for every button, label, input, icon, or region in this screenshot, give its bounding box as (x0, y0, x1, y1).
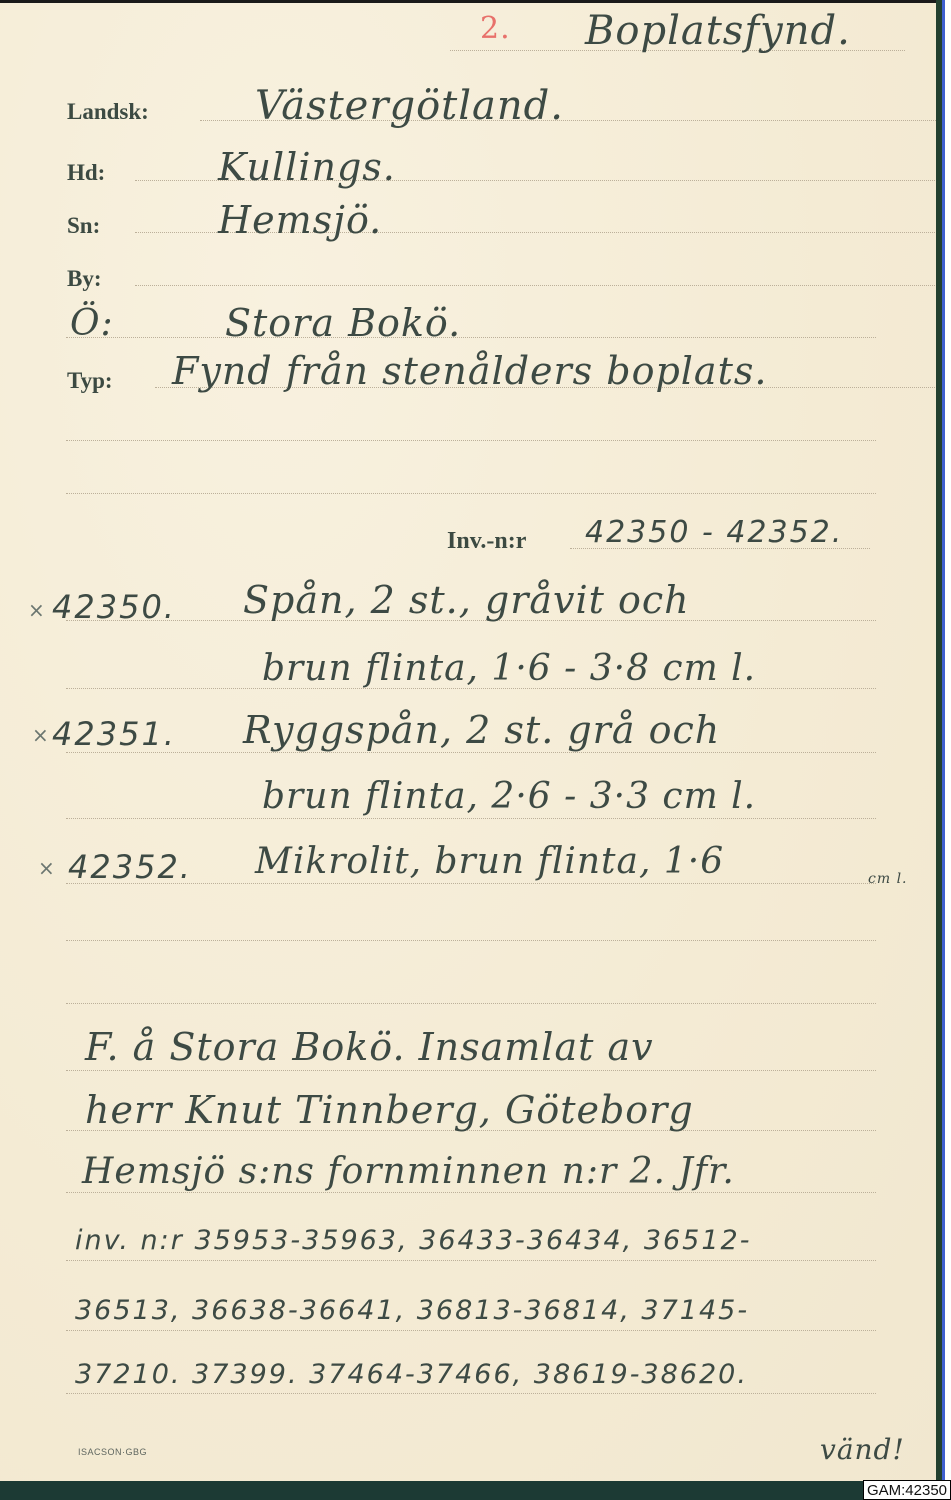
rule-line (66, 1330, 876, 1331)
note-line: F. å Stora Bokö. Insamlat av (85, 1025, 654, 1069)
item-description: Ryggspån, 2 st. grå och (243, 708, 720, 752)
field-label-by: By: (67, 266, 102, 292)
turn-over-note: vänd! (820, 1433, 905, 1466)
item-description-sub: cm l. (868, 871, 908, 887)
field-label-landskap: Landsk: (67, 99, 149, 125)
rule-line (135, 285, 945, 286)
item-number: 42352. (68, 848, 192, 886)
field-value-harad: Kullings. (218, 145, 396, 189)
rule-line (66, 337, 876, 338)
checked-mark: × (28, 598, 45, 622)
card-edge (936, 0, 945, 1481)
note-line: inv. n:r 35953-35963, 36433-36434, 36512… (75, 1225, 751, 1256)
printer-imprint: ISACSON·GBG (78, 1447, 147, 1457)
rule-line (66, 1192, 876, 1193)
note-line: 36513, 36638-36641, 36813-36814, 37145- (75, 1295, 749, 1326)
rule-line (66, 440, 876, 441)
field-value-socken: Hemsjö. (218, 198, 382, 242)
rule-line (66, 1003, 876, 1004)
checked-mark: × (38, 856, 55, 880)
item-description-cont: brun flinta, 1·6 - 3·8 cm l. (262, 648, 756, 689)
rule-line (66, 1393, 876, 1394)
note-line: 37210. 37399. 37464-37466, 38619-38620. (75, 1359, 748, 1390)
scan-bottom-border (0, 1481, 951, 1500)
scan-margin (945, 0, 951, 1481)
checked-mark: × (32, 723, 49, 747)
card-heading: Boplatsfynd. (585, 8, 851, 54)
rule-line (66, 493, 876, 494)
rule-line (66, 818, 876, 819)
field-value-o: Stora Bokö. (225, 301, 461, 345)
rule-line (66, 1260, 876, 1261)
catalog-id-stamp: GAM:42350 (863, 1480, 951, 1500)
catalog-card: 2. Boplatsfynd. Landsk: Västergötland. H… (0, 3, 936, 1481)
rule-line (66, 940, 876, 941)
field-label-typ: Typ: (67, 368, 113, 394)
item-description: Mikrolit, brun flinta, 1·6 (255, 841, 724, 882)
field-label-o: Ö: (70, 303, 114, 344)
sequence-number: 2. (480, 11, 511, 46)
item-number: 42351. (52, 715, 176, 753)
item-number: 42350. (52, 588, 176, 626)
item-description: Spån, 2 st., gråvit och (243, 578, 690, 622)
inventory-range: 42350 - 42352. (585, 515, 843, 550)
inventory-label: Inv.-n:r (447, 528, 526, 555)
note-line: herr Knut Tinnberg, Göteborg (85, 1088, 694, 1132)
rule-line (66, 1070, 876, 1071)
field-label-harad: Hd: (67, 160, 105, 186)
field-value-landskap: Västergötland. (255, 83, 564, 129)
item-description-cont: brun flinta, 2·6 - 3·3 cm l. (262, 776, 756, 817)
note-line: Hemsjö s:ns fornminnen n:r 2. Jfr. (82, 1151, 735, 1192)
field-value-typ: Fynd från stenålders boplats. (172, 349, 767, 393)
field-label-socken: Sn: (67, 213, 100, 239)
rule-line (66, 752, 876, 753)
